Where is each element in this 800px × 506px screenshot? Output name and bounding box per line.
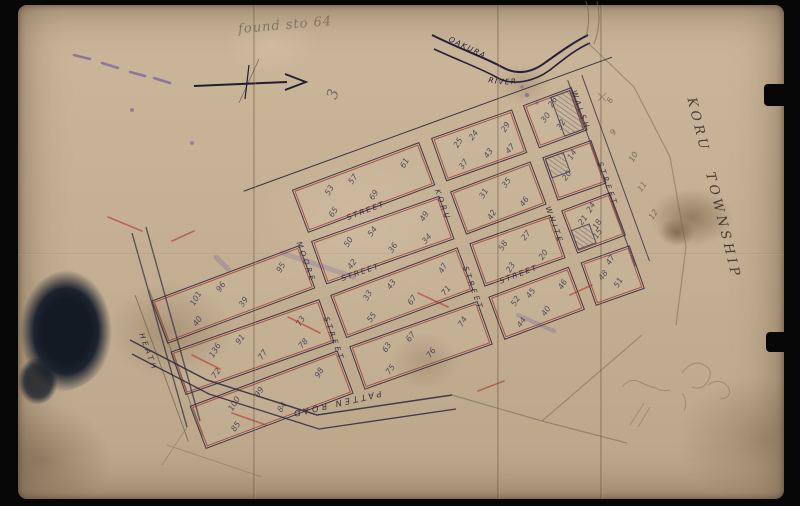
lot-number: 61 (398, 156, 411, 169)
lot-number: 96 (214, 280, 227, 294)
lot-number: 47 (437, 261, 450, 274)
lot-number: 77 (256, 348, 269, 361)
river-line (432, 35, 588, 72)
lot-number: 72 (209, 367, 222, 381)
lot-number: 63 (380, 340, 393, 353)
lot-number: 37 (457, 158, 470, 172)
lot-number: 54 (366, 225, 379, 239)
lot-number: 31 (478, 186, 491, 199)
lot-number: 51 (612, 276, 625, 289)
lot-number: 35 (499, 176, 512, 190)
lot-number: 25 (452, 136, 465, 149)
lot-number: 48 (596, 269, 609, 283)
svg-text:OAKURA: OAKURA (447, 35, 488, 61)
lot-number: 101 (188, 289, 203, 307)
lot-number: 20 (536, 248, 549, 262)
lot-number: 58 (497, 239, 510, 252)
lot-number: 10 (627, 151, 640, 164)
lot-number: 44 (515, 316, 528, 330)
lot-number: 55 (366, 311, 379, 325)
lot-number: 27 (519, 229, 532, 243)
lot-number: 99 (253, 385, 266, 399)
lot-number: 91 (234, 332, 247, 346)
township-plan: 5357616569 252429374347 263032 101969540… (104, 60, 697, 480)
lot-number: 85 (229, 420, 242, 434)
paper-tear-notch (766, 332, 790, 352)
ink-stain (18, 357, 58, 405)
lot-number: 67 (405, 294, 418, 307)
lot-number: 95 (275, 261, 288, 274)
pencil-scribbles (622, 363, 730, 427)
lot-number: 75 (384, 363, 397, 377)
lot-number: 74 (456, 315, 469, 328)
lot-number: 42 (485, 208, 498, 221)
lot-number: 47 (604, 253, 617, 266)
lot-number: 46 (517, 195, 530, 209)
lot-number: 9 (608, 127, 618, 136)
pencil-numeral: 3 (323, 87, 343, 102)
svg-text:RIVER: RIVER (488, 75, 518, 86)
lot-number: 78 (296, 337, 309, 351)
pencil-note: found sto 64 (238, 14, 333, 37)
lot-number: 53 (323, 183, 336, 196)
lot-number: 50 (342, 235, 355, 248)
lot-number: 36 (386, 241, 399, 254)
lot-number: 30 (539, 111, 552, 125)
lot-number: 57 (346, 172, 359, 186)
photo-background: 5357616569 252429374347 263032 101969540… (0, 0, 800, 506)
lot-number: 39 (237, 296, 250, 309)
lot-number: 40 (540, 305, 553, 318)
lot-number: 12 (647, 208, 660, 221)
lot-number: 52 (509, 294, 522, 307)
township-title: KORU TOWNSHIP (683, 96, 743, 281)
lot-number: 34 (421, 232, 434, 246)
lot-number: 46 (557, 277, 570, 290)
north-arrow (194, 59, 306, 103)
lot-number: 49 (418, 209, 431, 222)
lot-number: 33 (361, 288, 374, 301)
lot-number: 6 (605, 96, 615, 105)
lot-number: 47 (504, 142, 517, 156)
lot-number: 24 (585, 201, 598, 214)
map-paper: 5357616569 252429374347 263032 101969540… (18, 5, 784, 499)
lot-number: 43 (482, 147, 495, 160)
lot-number: 76 (424, 347, 437, 360)
river-pencil-channel (586, 1, 599, 44)
lot-number: 40 (191, 315, 204, 329)
lot-number: 98 (313, 366, 326, 379)
lot-number: 65 (327, 206, 340, 220)
paper-tear-notch (764, 84, 790, 106)
lot-number: 73 (294, 314, 307, 327)
lot-number: 14 (566, 148, 579, 161)
lot-number: 71 (440, 284, 453, 298)
river-label-river: RIVER (488, 75, 518, 86)
lot-number: 67 (404, 330, 417, 344)
lot-number: 11 (635, 180, 648, 194)
lot-number: 136 (207, 341, 223, 359)
river-label-oakura: OAKURA (447, 35, 488, 61)
lot-number: 43 (385, 277, 398, 291)
lot-number: 24 (466, 128, 479, 142)
lot-number: 100 (226, 395, 241, 413)
lot-number: 45 (524, 286, 537, 300)
lot-number: 29 (500, 120, 513, 133)
